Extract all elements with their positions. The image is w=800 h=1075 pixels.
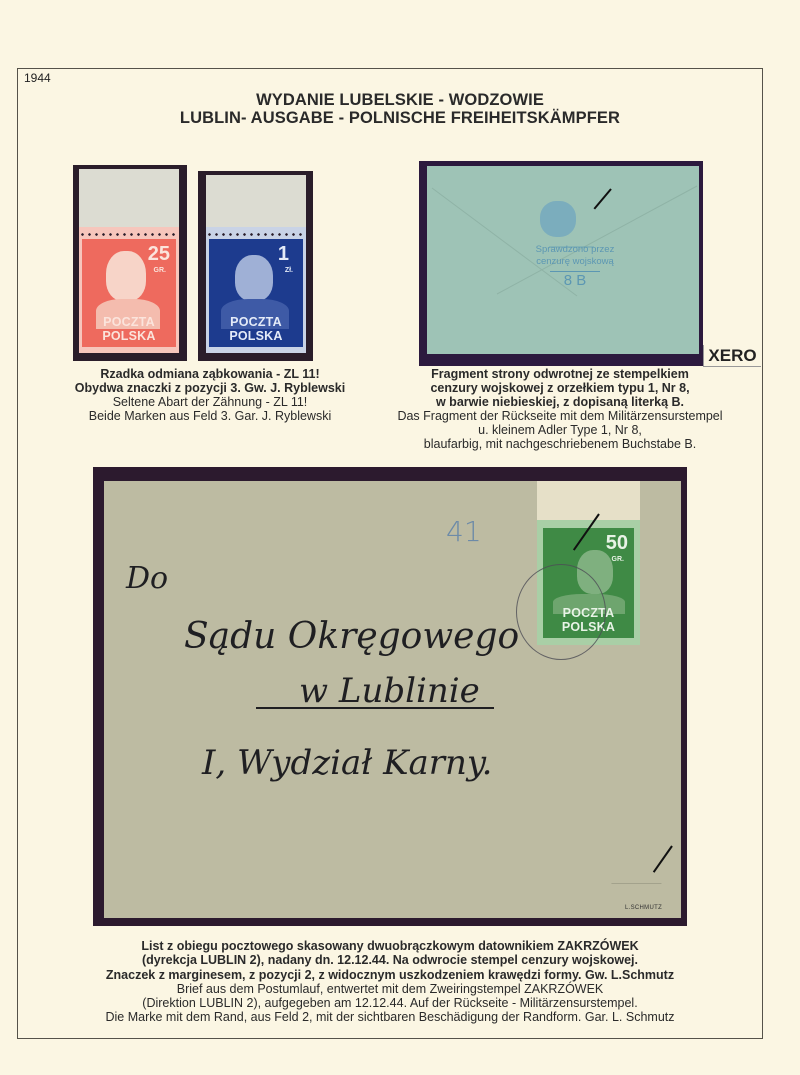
caption-de-line: Beide Marken aus Feld 3. Gar. J. Ryblews…: [20, 409, 400, 423]
caption-de-line: (Direktion LUBLIN 2), aufgegeben am 12.1…: [20, 996, 760, 1010]
caption-de-line: Das Fragment der Rückseite mit dem Milit…: [380, 409, 740, 423]
caption-de-line: Die Marke mit dem Rand, aus Feld 2, mit …: [20, 1010, 760, 1024]
caption-de-line: Seltene Abart der Zähnung - ZL 11!: [20, 395, 400, 409]
pencil-note: 41: [446, 515, 482, 548]
stamp-denomination: 1: [278, 243, 289, 266]
caption-de-line: u. kleinem Adler Type 1, Nr 8,: [380, 423, 740, 437]
address-underline: [256, 707, 494, 709]
xero-label: XERO: [703, 345, 761, 367]
expert-mark: L.SCHMUTZ: [625, 905, 662, 911]
caption-de-line: blaufarbig, mit nachgeschriebenem Buchst…: [380, 437, 740, 451]
stamp-unit: GR.: [612, 556, 624, 563]
stamp-label: POCZTA POLSKA: [82, 315, 176, 343]
cachet-text: Sprawdzono przez: [515, 244, 635, 256]
caption-pl-line: cenzury wojskowej z orzełkiem typu 1, Nr…: [380, 381, 740, 395]
expert-signature: [611, 869, 666, 884]
cachet-text: cenzurę wojskową: [515, 256, 635, 268]
caption-pl-line: Rzadka odmiana ząbkowania - ZL 11!: [20, 367, 400, 381]
caption-pl-line: Fragment strony odwrotnej ze stempelkiem: [380, 367, 740, 381]
cover-caption: List z obiegu pocztowego skasowany dwuob…: [20, 939, 760, 1025]
stamp-50gr-margin: [537, 481, 640, 520]
censor-cachet: Sprawdzono przez cenzurę wojskową 8 B: [515, 244, 635, 290]
stamp-mount-red: 25 GR. POCZTA POLSKA: [73, 165, 187, 361]
stamp-unit: GR.: [154, 267, 166, 274]
stamp-25gr: 25 GR. POCZTA POLSKA: [79, 227, 179, 353]
address-line-city: w Lublinie: [299, 671, 480, 711]
sheet-margin: [79, 169, 179, 227]
stamp-1zl: 1 Zł. POCZTA POLSKA: [206, 227, 306, 353]
page-title-german: LUBLIN- AUSGABE - POLNISCHE FREIHEITSKÄM…: [0, 109, 800, 128]
address-line-department: I, Wydział Karny.: [202, 743, 492, 783]
postmark-icon: [516, 564, 606, 660]
stamp-denomination: 50: [606, 532, 628, 555]
caption-pl-line: List z obiegu pocztowego skasowany dwuob…: [20, 939, 760, 953]
address-salutation: Do: [126, 561, 168, 596]
page-year: 1944: [24, 71, 51, 85]
address-line-court: Sądu Okręgowego: [184, 616, 519, 657]
cover-back-fragment: Sprawdzono przez cenzurę wojskową 8 B: [427, 166, 699, 354]
postal-cover: 50 GR. POCZTA POLSKA 41 Do Sądu Okręgowe…: [104, 481, 681, 918]
stamp-label: POCZTA POLSKA: [209, 315, 303, 343]
caption-pl-line: (dyrekcja LUBLIN 2), nadany dn. 12.12.44…: [20, 953, 760, 967]
stamp-unit: Zł.: [285, 267, 293, 274]
stamp-mount-blue: 1 Zł. POCZTA POLSKA: [198, 171, 313, 361]
caption-pl-line: w barwie niebieskiej, z dopisaną literką…: [380, 395, 740, 409]
stamp-pair-caption: Rzadka odmiana ząbkowania - ZL 11! Obydw…: [20, 367, 400, 423]
caption-pl-line: Obydwa znaczki z pozycji 3. Gw. J. Ryble…: [20, 381, 400, 395]
caption-de-line: Brief aus dem Postumlauf, entwertet mit …: [20, 982, 760, 996]
stamp-denomination: 25: [148, 243, 170, 266]
cachet-number: 8 B: [515, 272, 635, 290]
eagle-cachet-icon: [540, 201, 576, 237]
sheet-margin: [206, 175, 306, 227]
page-title-polish: WYDANIE LUBELSKIE - WODZOWIE: [0, 91, 800, 110]
fragment-caption: Fragment strony odwrotnej ze stempelkiem…: [380, 367, 740, 451]
caption-pl-line: Znaczek z marginesem, z pozycji 2, z wid…: [20, 968, 760, 982]
